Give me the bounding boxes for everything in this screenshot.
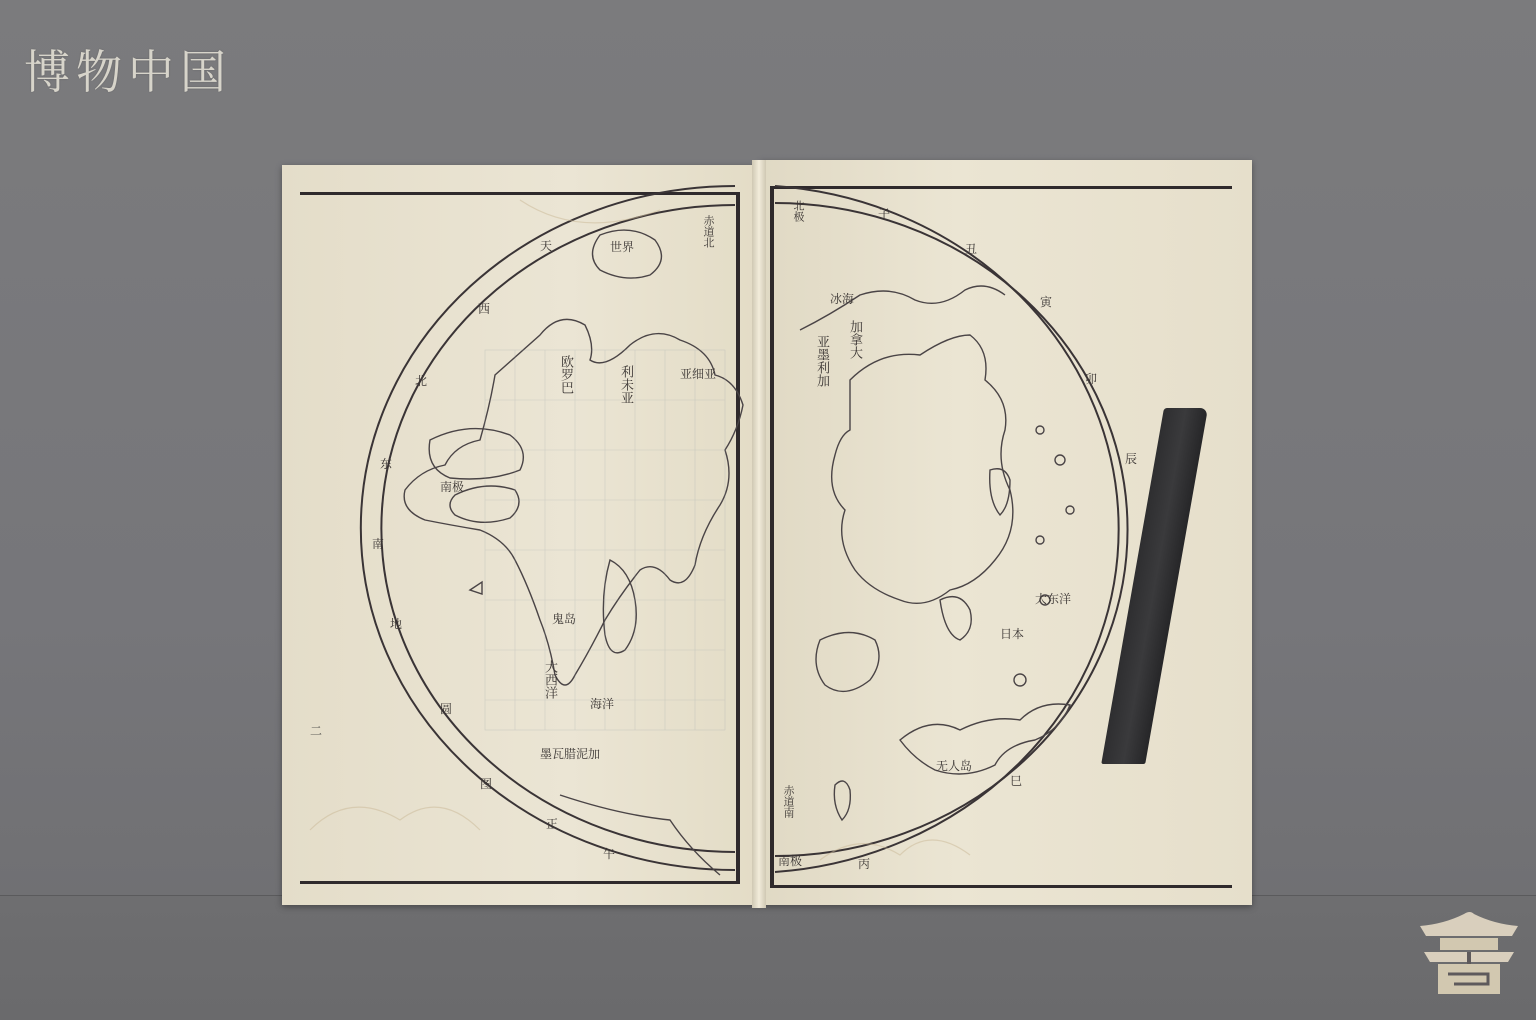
ring-char: 辰 [1125,450,1137,467]
pagoda-logo-icon [1414,908,1524,996]
ring-char: 午 [603,845,615,862]
map-label: 亚墨利加 [812,335,831,387]
map-label: 世界 [610,238,634,255]
map-label: 日本 [1000,625,1024,642]
ring-char: 天 [540,237,552,254]
map-label: 海洋 [590,695,614,712]
world-map-drawing [0,0,1536,1020]
ring-char: 地 [390,615,402,632]
ring-char: 丑 [965,240,977,257]
ring-char: 丙 [858,855,870,872]
map-label: 亚细亚 [680,365,716,382]
map-label: 鬼岛 [552,610,576,627]
ring-char: 子 [878,205,890,222]
ring-char: 圆 [440,700,452,717]
map-label: 大东洋 [1035,590,1071,607]
map-label: 利未亚 [616,365,635,404]
map-label: 欧罗巴 [556,355,575,394]
ring-char: 巳 [1010,772,1022,789]
ring-char: 卯 [1085,370,1097,387]
corner-note: 赤道南 [780,785,796,818]
map-label: 墨瓦腊泥加 [540,745,600,762]
ring-char: 西 [478,300,490,317]
ring-char: 东 [380,455,392,472]
map-label: 大西洋 [540,660,559,699]
ring-char: 图 [480,775,492,792]
ring-char: 北 [415,372,427,389]
ring-char: 寅 [1040,293,1052,310]
map-label: 北极 [790,200,806,222]
map-label: 加拿大 [845,320,864,359]
map-label: 冰海 [830,290,854,307]
ring-char: 南 [372,535,384,552]
map-label: 南极 [440,478,464,495]
corner-note: 赤道北 [700,215,716,248]
map-label: 无人岛 [936,757,972,774]
ring-char: 正 [546,815,558,832]
map-label: 南极 [778,852,802,869]
